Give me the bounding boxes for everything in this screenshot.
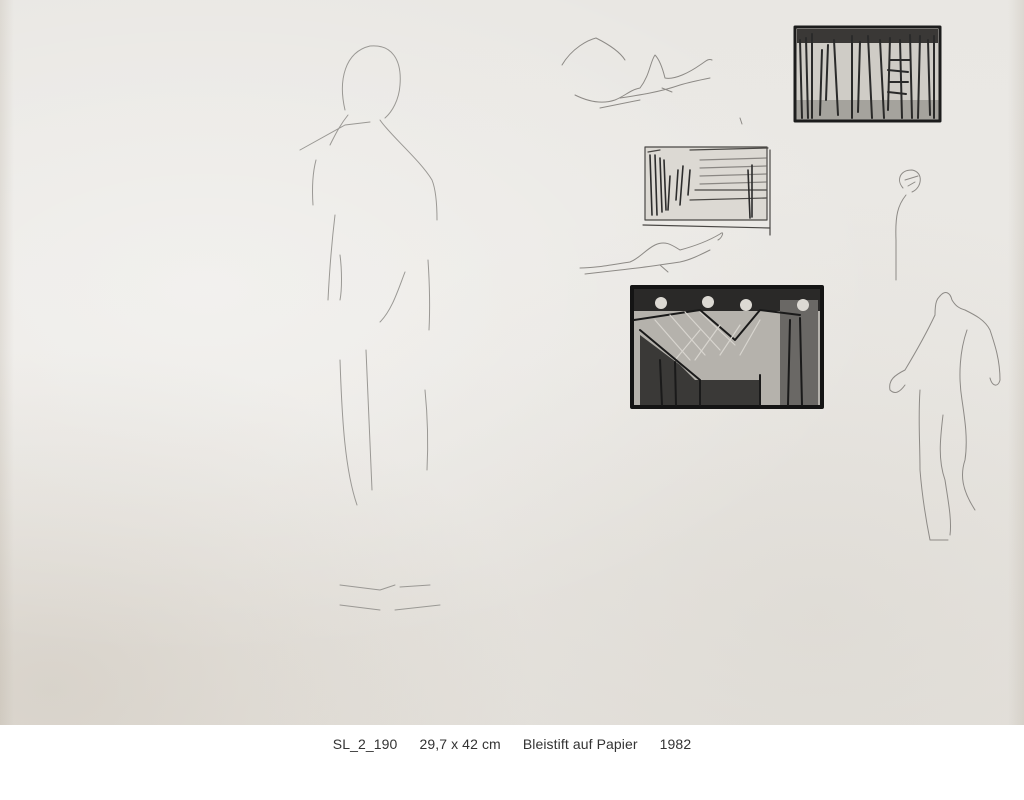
caption-year: 1982 bbox=[660, 736, 692, 752]
group-scene-box-top-right bbox=[795, 27, 940, 121]
walking-figure-right bbox=[890, 293, 1000, 540]
caption-dimensions: 29,7 x 42 cm bbox=[419, 736, 500, 752]
caption-catalog-id: SL_2_190 bbox=[333, 736, 398, 752]
standing-figure-large bbox=[300, 46, 440, 610]
paper-sheet bbox=[0, 0, 1024, 725]
reclining-figure-top bbox=[562, 38, 742, 124]
crowd-scene-box-large bbox=[632, 287, 822, 407]
caption-medium: Bleistift auf Papier bbox=[523, 736, 638, 752]
artwork-caption: SL_2_19029,7 x 42 cmBleistift auf Papier… bbox=[0, 736, 1024, 752]
sketch-drawing bbox=[0, 0, 1024, 725]
reclining-figure-middle bbox=[580, 233, 723, 274]
standing-figure-right-small bbox=[896, 170, 920, 280]
interior-scene-box-middle bbox=[643, 147, 770, 235]
